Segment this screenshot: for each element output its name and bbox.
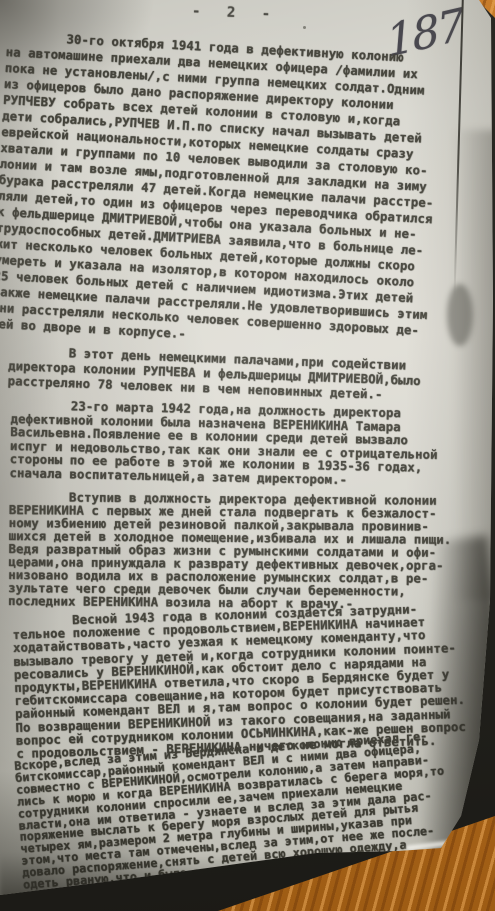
document-photo: - 2 - 187 30-го октября 1941 года в дефе… <box>0 0 495 911</box>
paragraph-director-appointment: 23-го марта 1942 года,на должность дирек… <box>9 399 489 490</box>
document-page: - 2 - 187 30-го октября 1941 года в дефе… <box>0 0 495 911</box>
page-number: - 2 - <box>192 3 280 22</box>
paragraph-executions-october-1941: 30-го октября 1941 года в дефективную ко… <box>0 28 488 358</box>
page-edge-shadow <box>453 130 495 600</box>
ink-smudge <box>447 284 473 346</box>
paper-speck <box>303 26 306 29</box>
paper-speck <box>394 86 397 88</box>
